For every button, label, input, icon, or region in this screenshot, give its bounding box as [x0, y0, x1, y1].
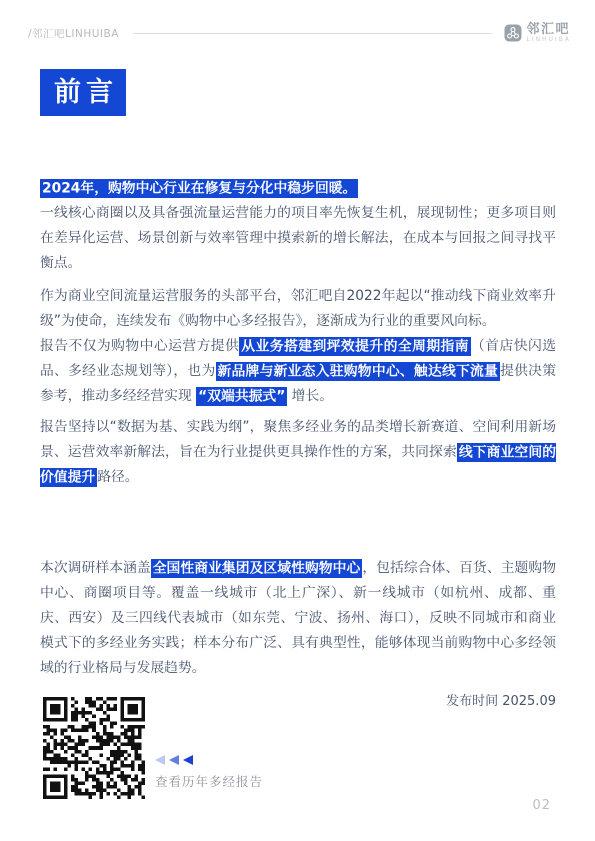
header-divider [133, 33, 492, 34]
header-brand-text: /邻汇吧LINHUIBA [28, 26, 119, 41]
qr-code [43, 697, 145, 799]
paragraph: 本次调研样本涵盖全国性商业集团及区域性购物中心，包括综合体、百货、主题购物中心、… [40, 556, 556, 681]
view-past-reports-link[interactable]: 查看历年多经报告 [155, 755, 263, 790]
triangle-left-icon [155, 755, 165, 765]
brand-logo: 邻汇吧 LINHUIBA [504, 23, 572, 44]
highlighted-text: 全国性商业集团及区域性购物中心 [151, 559, 363, 578]
page-number: 02 [532, 798, 551, 813]
content: 2024年，购物中心行业在修复与分化中稳步回暖。一线核心商圈以及具备强流量运营能… [40, 176, 556, 714]
triangle-left-icon [183, 755, 193, 765]
highlighted-text: 2024年，购物中心行业在修复与分化中稳步回暖。 [40, 179, 358, 198]
body-text: 路径。 [97, 469, 138, 485]
linhuiba-logo-icon [504, 24, 522, 42]
page-title: 前言 [40, 69, 126, 116]
highlighted-text: 从业务搭建到坪效提升的全周期指南 [239, 337, 471, 356]
paragraphs: 2024年，购物中心行业在修复与分化中稳步回暖。一线核心商圈以及具备强流量运营能… [40, 176, 556, 681]
page-header: /邻汇吧LINHUIBA 邻汇吧 LINHUIBA [28, 22, 571, 44]
highlighted-text: 新品牌与新业态入驻购物中心、触达线下流量 [216, 362, 501, 381]
report-page: /邻汇吧LINHUIBA 邻汇吧 LINHUIBA 前言 2024年，购物中心行… [0, 0, 595, 841]
qr-caption[interactable]: 查看历年多经报告 [155, 772, 263, 790]
paragraph: 报告坚持以“数据为基、实践为纲”，聚焦多经业务的品类增长新赛道、空间利用新场景、… [40, 415, 556, 490]
paragraph: 2024年，购物中心行业在修复与分化中稳步回暖。一线核心商圈以及具备强流量运营能… [40, 176, 556, 276]
paragraph: 作为商业空间流量运营服务的头部平台，邻汇吧自2022年起以“推动线下商业效率升级… [40, 284, 556, 409]
body-text: 一线核心商圈以及具备强流量运营能力的项目率先恢复生机，展现韧性；更多项目则在差异… [40, 205, 556, 271]
triangle-left-icon [169, 755, 179, 765]
body-text: 增长。 [287, 388, 333, 404]
body-text: 本次调研样本涵盖 [40, 560, 151, 576]
highlighted-text: “双端共振式” [196, 387, 287, 406]
triangle-arrows [155, 755, 263, 765]
logo-subtext: LINHUIBA [527, 37, 572, 43]
body-text: 作为商业空间流量运营服务的头部平台，邻汇吧自2022年起以“推动线下商业效率升级… [40, 288, 556, 329]
logo-name: 邻汇吧 [527, 23, 572, 36]
body-text: 报告不仅为购物中心运营方提供 [40, 338, 239, 354]
